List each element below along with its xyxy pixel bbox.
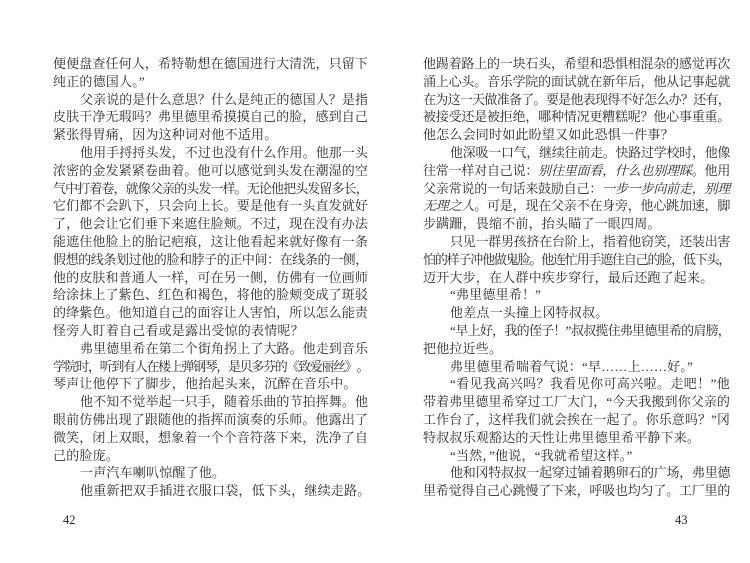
text-line: 浓密的金发紧紧卷曲着。他可以感觉到头发在潮湿的空	[53, 162, 368, 180]
text-line: 怕的样子冲他做鬼脸。他连忙用手遮住自己的脸，低下头，	[423, 251, 730, 269]
left-page-text: 便便盘查任何人，希特勒想在德国进行大清洗，只留下纯正的德国人。”父亲说的是什么意…	[53, 55, 368, 500]
text-line: 了，他会让它们垂下来遮住脸颊。不过，现在没有办法	[53, 215, 368, 233]
right-page-number: 43	[675, 513, 688, 528]
text-line: 一声汽车喇叭惊醒了他。	[53, 464, 368, 482]
text-line: 他踢着路上的一块石头，希望和恐惧相混杂的感觉再次	[423, 55, 730, 73]
text-line: 弗里德里希喘着气说：“早……上……好。”	[423, 358, 730, 376]
text-line: 特叔叔乐观豁达的天性让弗里德里希平静下来。	[423, 429, 730, 447]
text-line: 父亲常说的一句话来鼓励自己：一步一步向前走，别理	[423, 180, 730, 198]
left-page-number: 42	[63, 513, 76, 528]
text-line: 他的皮肤和普通人一样，可在另一侧，仿佛有一位画师	[53, 269, 368, 287]
text-line: 怪旁人盯着自己看或是露出受惊的表情呢？	[53, 322, 368, 340]
text-line: 他用手捋捋头发，不过也没有什么作用。他那一头	[53, 144, 368, 162]
text-line: 只见一群男孩挤在台阶上，指着他窃笑，还装出害	[423, 233, 730, 251]
text-line: 他差点一头撞上冈特叔叔。	[423, 304, 730, 322]
text-line: 父亲说的是什么意思？什么是纯正的德国人？是指	[53, 91, 368, 109]
text-line: 眼前仿佛出现了跟随他的指挥而演奏的乐师。他露出了	[53, 411, 368, 429]
text-line: 里希觉得自己心跳慢了下来，呼吸也均匀了。工厂里的	[423, 482, 730, 500]
text-line: 把他拉近些。	[423, 340, 730, 358]
text-line: “当然，”他说，“我就希望这样。”	[423, 447, 730, 465]
text-line: 紧张得胃痛，因为这种词对他不适用。	[53, 126, 368, 144]
text-line: 步蹒跚，畏缩不前，抬头瞄了一眼四周。	[423, 215, 730, 233]
left-page: 便便盘查任何人，希特勒想在德国进行大清洗，只留下纯正的德国人。”父亲说的是什么意…	[53, 55, 368, 500]
text-line: 己的脸庞。	[53, 447, 368, 465]
text-line: 弗里德里希在第二个街角拐上了大路。他走到音乐	[53, 340, 368, 358]
text-line: 往常一样对自己说：别往里面看，什么也别理睬。他用	[423, 162, 730, 180]
text-line: 纯正的德国人。”	[53, 73, 368, 91]
text-line: “早上好，我的侄子！”叔叔揽住弗里德里希的肩膀，	[423, 322, 730, 340]
text-line: 皮肤干净无瑕吗？弗里德里希摸摸自己的脸，感到自己	[53, 108, 368, 126]
text-line: “弗里德里希！”	[423, 286, 730, 304]
book-spread: 便便盘查任何人，希特勒想在德国进行大清洗，只留下纯正的德国人。”父亲说的是什么意…	[0, 0, 750, 563]
text-line: 他重新把双手插进衣服口袋，低下头，继续走路。	[53, 482, 368, 500]
text-line: 微笑，闭上双眼，想象着一个个音符落下来，洗净了自	[53, 429, 368, 447]
text-line: 便便盘查任何人，希特勒想在德国进行大清洗，只留下	[53, 55, 368, 73]
text-line: 迈开大步，在人群中疾步穿行，最后还跑了起来。	[423, 269, 730, 287]
text-line: 他深吸一口气，继续往前走。快路过学校时，他像	[423, 144, 730, 162]
right-page-text: 他踢着路上的一块石头，希望和恐惧相混杂的感觉再次涌上心头。音乐学院的面试就在新年…	[423, 55, 730, 500]
text-line: 带着弗里德里希穿过工厂大门，“今天我搬到你父亲的	[423, 393, 730, 411]
text-line: 的绛紫色。他知道自己的面容让人害怕，所以怎么能责	[53, 304, 368, 322]
text-line: 给涂抹上了紫色、红色和褐色，将他的脸颊变成了斑驳	[53, 286, 368, 304]
text-line: 在为这一天做准备了。要是他表现得不好怎么办？还有，	[423, 91, 730, 109]
text-line: “看见我高兴吗？我看见你可高兴啦。走吧！”他	[423, 375, 730, 393]
text-line: 假想的线条划过他的脸和脖子的正中间：在线条的一侧，	[53, 251, 368, 269]
text-line: 能遮住他脸上的胎记疤痕，这让他看起来就好像有一条	[53, 233, 368, 251]
text-line: 工作台了，这样我们就会挨在一起了。你乐意吗？”冈	[423, 411, 730, 429]
text-line: 他和冈特叔叔一起穿过铺着鹅卵石的广场，弗里德	[423, 464, 730, 482]
text-line: 他不知不觉举起一只手，随着乐曲的节拍挥舞。他	[53, 393, 368, 411]
text-line: 他怎么会同时如此盼望又如此恐惧一件事？	[423, 126, 730, 144]
right-page: 他踢着路上的一块石头，希望和恐惧相混杂的感觉再次涌上心头。音乐学院的面试就在新年…	[423, 55, 730, 500]
text-line: 它们都不会趴下，只会向上长。要是他有一头直发就好	[53, 197, 368, 215]
text-line: 气中打着卷，就像父亲的头发一样。无论他把头发留多长，	[53, 180, 368, 198]
text-line: 琴声让他停下了脚步，他抬起头来，沉醉在音乐中。	[53, 375, 368, 393]
text-line: 学院时，听到有人在楼上弹钢琴，是贝多芬的《致爱丽丝》。	[53, 358, 368, 376]
text-line: 涌上心头。音乐学院的面试就在新年后，他从记事起就	[423, 73, 730, 91]
text-line: 被接受还是被拒绝，哪种情况更糟糕呢？他心事重重。	[423, 108, 730, 126]
text-line: 无理之人。可是，现在父亲不在身旁，他心跳加速，脚	[423, 197, 730, 215]
